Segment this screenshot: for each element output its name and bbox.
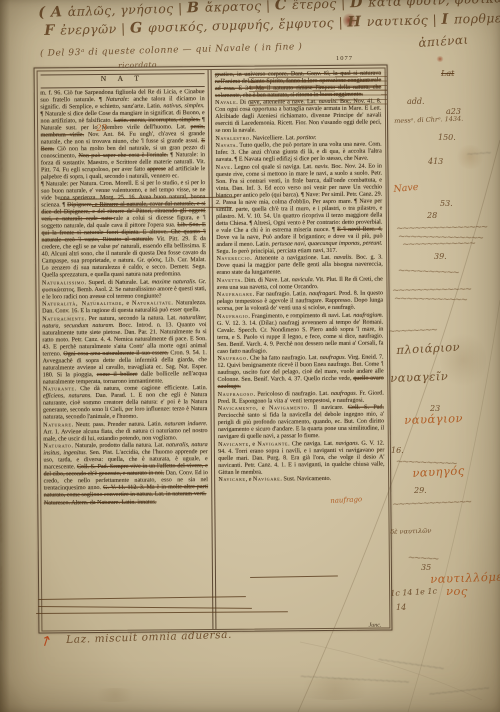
dictionary-entry: Naturalissimo. Superl. di Naturale. Lat.… <box>42 279 206 301</box>
text-segment: navigans. <box>336 440 360 446</box>
scribble-mark: ~~~~~~~~~ <box>0 110 6 172</box>
text-segment: Navigare <box>253 476 281 482</box>
text-segment: Naufragio <box>217 313 248 319</box>
text-segment: C <box>275 0 293 14</box>
text-segment: maxime naturalis. <box>152 279 197 285</box>
text-segment: ἐνεργῶν | <box>60 21 130 38</box>
red-arrow-mark: ↑ <box>38 633 54 652</box>
dictionary-entry: m. f. 96. Ciò fue Sarpendona figliuola d… <box>40 89 205 181</box>
margin-annotation: 53. <box>440 199 453 208</box>
dictionary-entry: Naturalmente. Per natura, secondo la nat… <box>42 315 207 386</box>
scribble-mark: ~~~~~~~~~~ <box>428 684 489 700</box>
printed-page-block: N A T m. f. 96. Ciò fue Sarpendona figli… <box>34 64 393 633</box>
margin-annotation: 23 <box>96 123 107 134</box>
scribble-mark: ~~~~~~~~~~~~~ <box>392 497 471 510</box>
margin-annotation: add. <box>407 97 425 106</box>
text-segment: B <box>187 0 205 16</box>
text-segment: . Legno col quale si naviga. Lat. <box>231 164 315 171</box>
text-segment: ναυτικός | <box>367 12 442 29</box>
text-segment: Naturalmente <box>42 316 84 322</box>
dictionary-entry: Naturare. Neutr. pass. Prender natura. L… <box>43 421 207 443</box>
text-segment: Arr. 1. Avviene alcuna fiata, che di nat… <box>43 428 207 442</box>
catchword: Junc. <box>369 623 382 629</box>
text-segment: Naufragare <box>217 292 253 298</box>
text-segment: . Che dà natura, come cagione efficiente… <box>75 385 208 392</box>
italian-annotation-line: ( Del 93ᵃ di queste colonne — qui Navale… <box>40 42 303 59</box>
margin-annotation: 14 <box>396 603 406 612</box>
dictionary-entry: Naufragio. Frangimento, e rompimento di … <box>217 312 384 355</box>
margin-annotation: πλοιάριον <box>396 340 460 357</box>
text-segment: E 'l navil Berc. 4. <box>337 226 382 232</box>
dictionary-entry: Navetta. Dim. di Nave. Lat. navicula. Vi… <box>217 276 383 291</box>
text-segment: naturam induere. <box>164 421 207 427</box>
text-segment: naufragus. <box>320 355 346 361</box>
text-segment: I <box>441 12 454 28</box>
text-segment: . Dim. di Nave. Lat. <box>241 277 292 283</box>
text-segment: . Pericoloso di naufragio. Lat. <box>253 390 330 397</box>
text-segment: pertusae navi, quaecunque imponas, pereu… <box>272 240 383 247</box>
text-segment: , e <box>256 406 269 412</box>
text-segment: Navicamento <box>218 406 256 412</box>
text-segment: Perciocchè tanto si fida la navicella de… <box>218 412 384 440</box>
margin-annotation: messᵒ. di Chrᵒ. 1434. <box>394 115 463 125</box>
text-segment: φυσικός, συμφυής, ἔμφυτος | <box>148 15 348 36</box>
dictionary-entry: Navicare, e Navigare. Sust. Navicamento. <box>218 476 384 484</box>
scribble-mark: ~~~~~~~~~ <box>0 290 4 352</box>
text-segment: navicula. <box>292 277 315 283</box>
dictionary-entry: Naturante. Che dà natura, come cagione e… <box>43 385 208 421</box>
margin-annotation: 28 <box>427 211 437 220</box>
scribble-mark: ~~~~ <box>466 148 491 160</box>
text-segment: . Per natura, secondo la natura. Lat. <box>85 315 180 322</box>
margin-annotation: 29. <box>414 486 427 495</box>
text-segment: . Far naufragio. Latin. <box>253 291 309 297</box>
text-segment: come il bollore <box>97 371 138 377</box>
margin-annotation: ναυηγός <box>412 463 465 480</box>
text-segment: G. V. 12. 3. 14. (Dilar.) naufragj avven… <box>217 319 383 354</box>
dictionary-entry: Navicante, e Navigante. Che naviga. Lat.… <box>218 440 385 476</box>
dictionary-entry: Nave. Legno col quale si naviga. Lat. na… <box>216 163 383 255</box>
text-segment: F <box>44 23 60 39</box>
dictionary-entry: Naturesco. Altern. da Naturare. Latin. i… <box>44 499 208 507</box>
text-segment: Navata <box>215 143 236 149</box>
text-segment: Navetta <box>217 277 242 283</box>
red-ink-dot <box>436 56 444 62</box>
text-segment: . Il navicare. <box>308 405 348 411</box>
scribble-mark: ~~~~~~~~ <box>0 565 6 620</box>
text-segment: , e <box>122 301 132 307</box>
text-segment: ἕτερος | <box>292 0 350 12</box>
scribble-mark: ~~~~~~~~~~~~ <box>402 239 475 250</box>
text-segment: Naturalità, Naturalitade <box>42 301 122 308</box>
text-segment: ἁπλῶς, γνήσιος | <box>68 0 188 19</box>
text-segment: Naturale: <box>106 96 130 102</box>
text-segment: navalis. <box>334 255 353 261</box>
text-segment: Naturalitate <box>132 300 171 306</box>
text-segment: Navicare <box>218 477 245 483</box>
text-segment: . Navicelliere. Lat. <box>250 135 297 141</box>
text-segment: Navale <box>215 100 236 106</box>
margin-annotation: Nave <box>393 182 419 195</box>
printed-page-inner-frame: N A T m. f. 96. Ciò fue Sarpendona figli… <box>36 67 390 631</box>
margin-annotation: νος <box>446 584 468 598</box>
text-segment: naufragari. <box>309 291 337 297</box>
scribble-mark: ~~~~~~~~~~~ <box>377 655 444 674</box>
text-segment: Navigamento <box>269 405 308 411</box>
text-segment: . Neutr. pass. Prender natura. Latin. <box>72 421 165 428</box>
column-right: gnatico, in universo corpore. Dant. Conv… <box>212 68 389 628</box>
dictionary-entry: ¶ Naturale: per Natura. Cron. Morell. E … <box>41 180 206 279</box>
text-segment: G <box>130 20 149 36</box>
margin-annotation: Lat <box>441 69 454 78</box>
text-segment: ἄκρατος | <box>205 0 275 15</box>
text-segment: Naufragoso <box>218 391 254 397</box>
column-left-text: m. f. 96. Ciò fue Sarpendona figliuola d… <box>40 89 208 507</box>
greek-annotation-apienai: ἀπιέναι <box>418 33 469 50</box>
text-segment: portitor. <box>297 135 317 141</box>
scribble-mark: ~~~~~~~~ <box>0 200 6 255</box>
scribble-mark: ~~~~~~~~ <box>0 390 6 445</box>
dictionary-entry: Naturalità, Naturalitade, e Naturalitate… <box>42 300 206 315</box>
scribble-mark: ~~~~~~~~~~ <box>398 266 459 278</box>
text-segment: Navalestro <box>215 135 249 141</box>
scribble-mark: ~~~~~~~~~~~~~~~~~~ <box>299 672 408 688</box>
text-segment: Naturesco. Altern. da Naturare. Latin. i… <box>44 499 157 506</box>
margin-annotation: 39. <box>434 252 447 261</box>
scribble-mark: ~~~~~~~~ <box>388 325 437 337</box>
text-segment: navis. <box>315 163 329 169</box>
text-segment: , e <box>246 477 253 483</box>
text-segment: Naturare <box>43 422 72 428</box>
text-segment: D <box>350 0 369 11</box>
margin-annotation: naufrago <box>330 495 362 505</box>
dictionary-entry: Navereccio. Attenente a navigazione. Lat… <box>216 255 382 277</box>
text-segment: . Superl. di Naturale. Lat. <box>85 279 152 286</box>
page-scan: ( A ἁπλῶς, γνήσιος | B ἄκρατος | C ἕτερο… <box>0 0 500 712</box>
text-segment: Naufrago <box>217 356 246 362</box>
dictionary-entry: Naufrago. Che ha fatto naufragio. Lat. n… <box>217 355 384 391</box>
text-segment: Naturante <box>43 386 75 392</box>
margin-annotation: 1c 14 1e 1c <box>390 587 437 598</box>
page-number: 1077 <box>336 55 353 62</box>
text-segment: efficiens, naturans. <box>43 393 92 399</box>
text-segment: . Che naviga. Lat. <box>288 440 336 446</box>
running-head: N A T <box>40 73 204 88</box>
text-segment: . Tutto quello, che può portare in una v… <box>215 142 381 163</box>
scribble-mark: ~~~~~~~~~~~~ <box>394 294 467 305</box>
margin-annotation: 16. <box>391 446 404 455</box>
text-segment: Segu. Io però principiai, perciata etiam… <box>216 247 337 254</box>
margin-annotation: 413 <box>428 157 443 166</box>
text-segment: Naturalissimo <box>42 280 85 286</box>
text-segment: . Che ha fatto naufragio. Lat. <box>247 355 320 362</box>
text-segment: κατὰ φύσιν, φυσικῶς | <box>368 0 500 10</box>
text-segment: Non può saper che cosa è l'orinale. <box>78 152 168 159</box>
text-segment: Boc. Nov. 24. Eo in queste rive, come si… <box>216 163 383 233</box>
text-segment: . Frangimento, e rompimento di navi. Lat… <box>248 312 353 319</box>
margin-annotation: 35 <box>421 563 431 572</box>
text-segment: Coll. S. Pad. <box>348 405 384 411</box>
text-segment: Navicante <box>218 441 249 447</box>
text-segment: Navereccio <box>216 256 250 262</box>
text-segment: πορθμεύς | <box>454 10 500 27</box>
text-segment: naufragium. <box>353 312 383 318</box>
dictionary-entry: Naturato. Naturale, prodotto dalla natur… <box>43 442 208 499</box>
dictionary-entry: Naufragoso. Pericoloso di naufragio. Lat… <box>218 390 384 405</box>
margin-annotation: ναυαγεῖν <box>390 369 449 385</box>
text-segment: Latin. merus, incorruptus, simplex. <box>114 117 200 124</box>
text-segment: . Sust. Navicamento. <box>280 476 331 482</box>
text-segment: . Naturale, prodotto dalla natura. Lat. <box>71 442 165 449</box>
text-segment: Naturato <box>43 443 71 449</box>
ink-cancellation-block <box>249 72 387 107</box>
dictionary-entry: Naufragare. Far naufragio. Latin. naufra… <box>217 291 383 313</box>
margin-annotation: δὲ ναυτιλῶν <box>390 527 432 536</box>
foxing-stain <box>90 688 140 702</box>
text-segment: nativus, simplex. <box>163 103 204 109</box>
scribble-mark: ~~~~~~~~~ <box>0 480 6 542</box>
text-segment: . Attenente a navigazione. Lat. <box>250 255 334 262</box>
text-segment: apprese <box>147 166 166 172</box>
text-segment: Nave <box>216 164 231 170</box>
text-segment: ( A <box>38 4 68 21</box>
dictionary-entry: Navata. Tutto quello, che può portare in… <box>215 142 381 164</box>
column-left: N A T m. f. 96. Ciò fue Sarpendona figli… <box>37 70 212 630</box>
margin-annotation: 150. <box>438 133 456 142</box>
text-segment: Ogni cosa ama naturalmente il suo essere… <box>63 350 168 357</box>
text-segment: naufragus. <box>331 390 357 396</box>
text-segment: Navigante <box>257 441 288 447</box>
dictionary-entry: Navicamento, e Navigamento. Il navicare.… <box>218 405 385 441</box>
text-segment: H <box>347 14 367 31</box>
margin-annotation: ναυάγιον <box>404 411 463 427</box>
